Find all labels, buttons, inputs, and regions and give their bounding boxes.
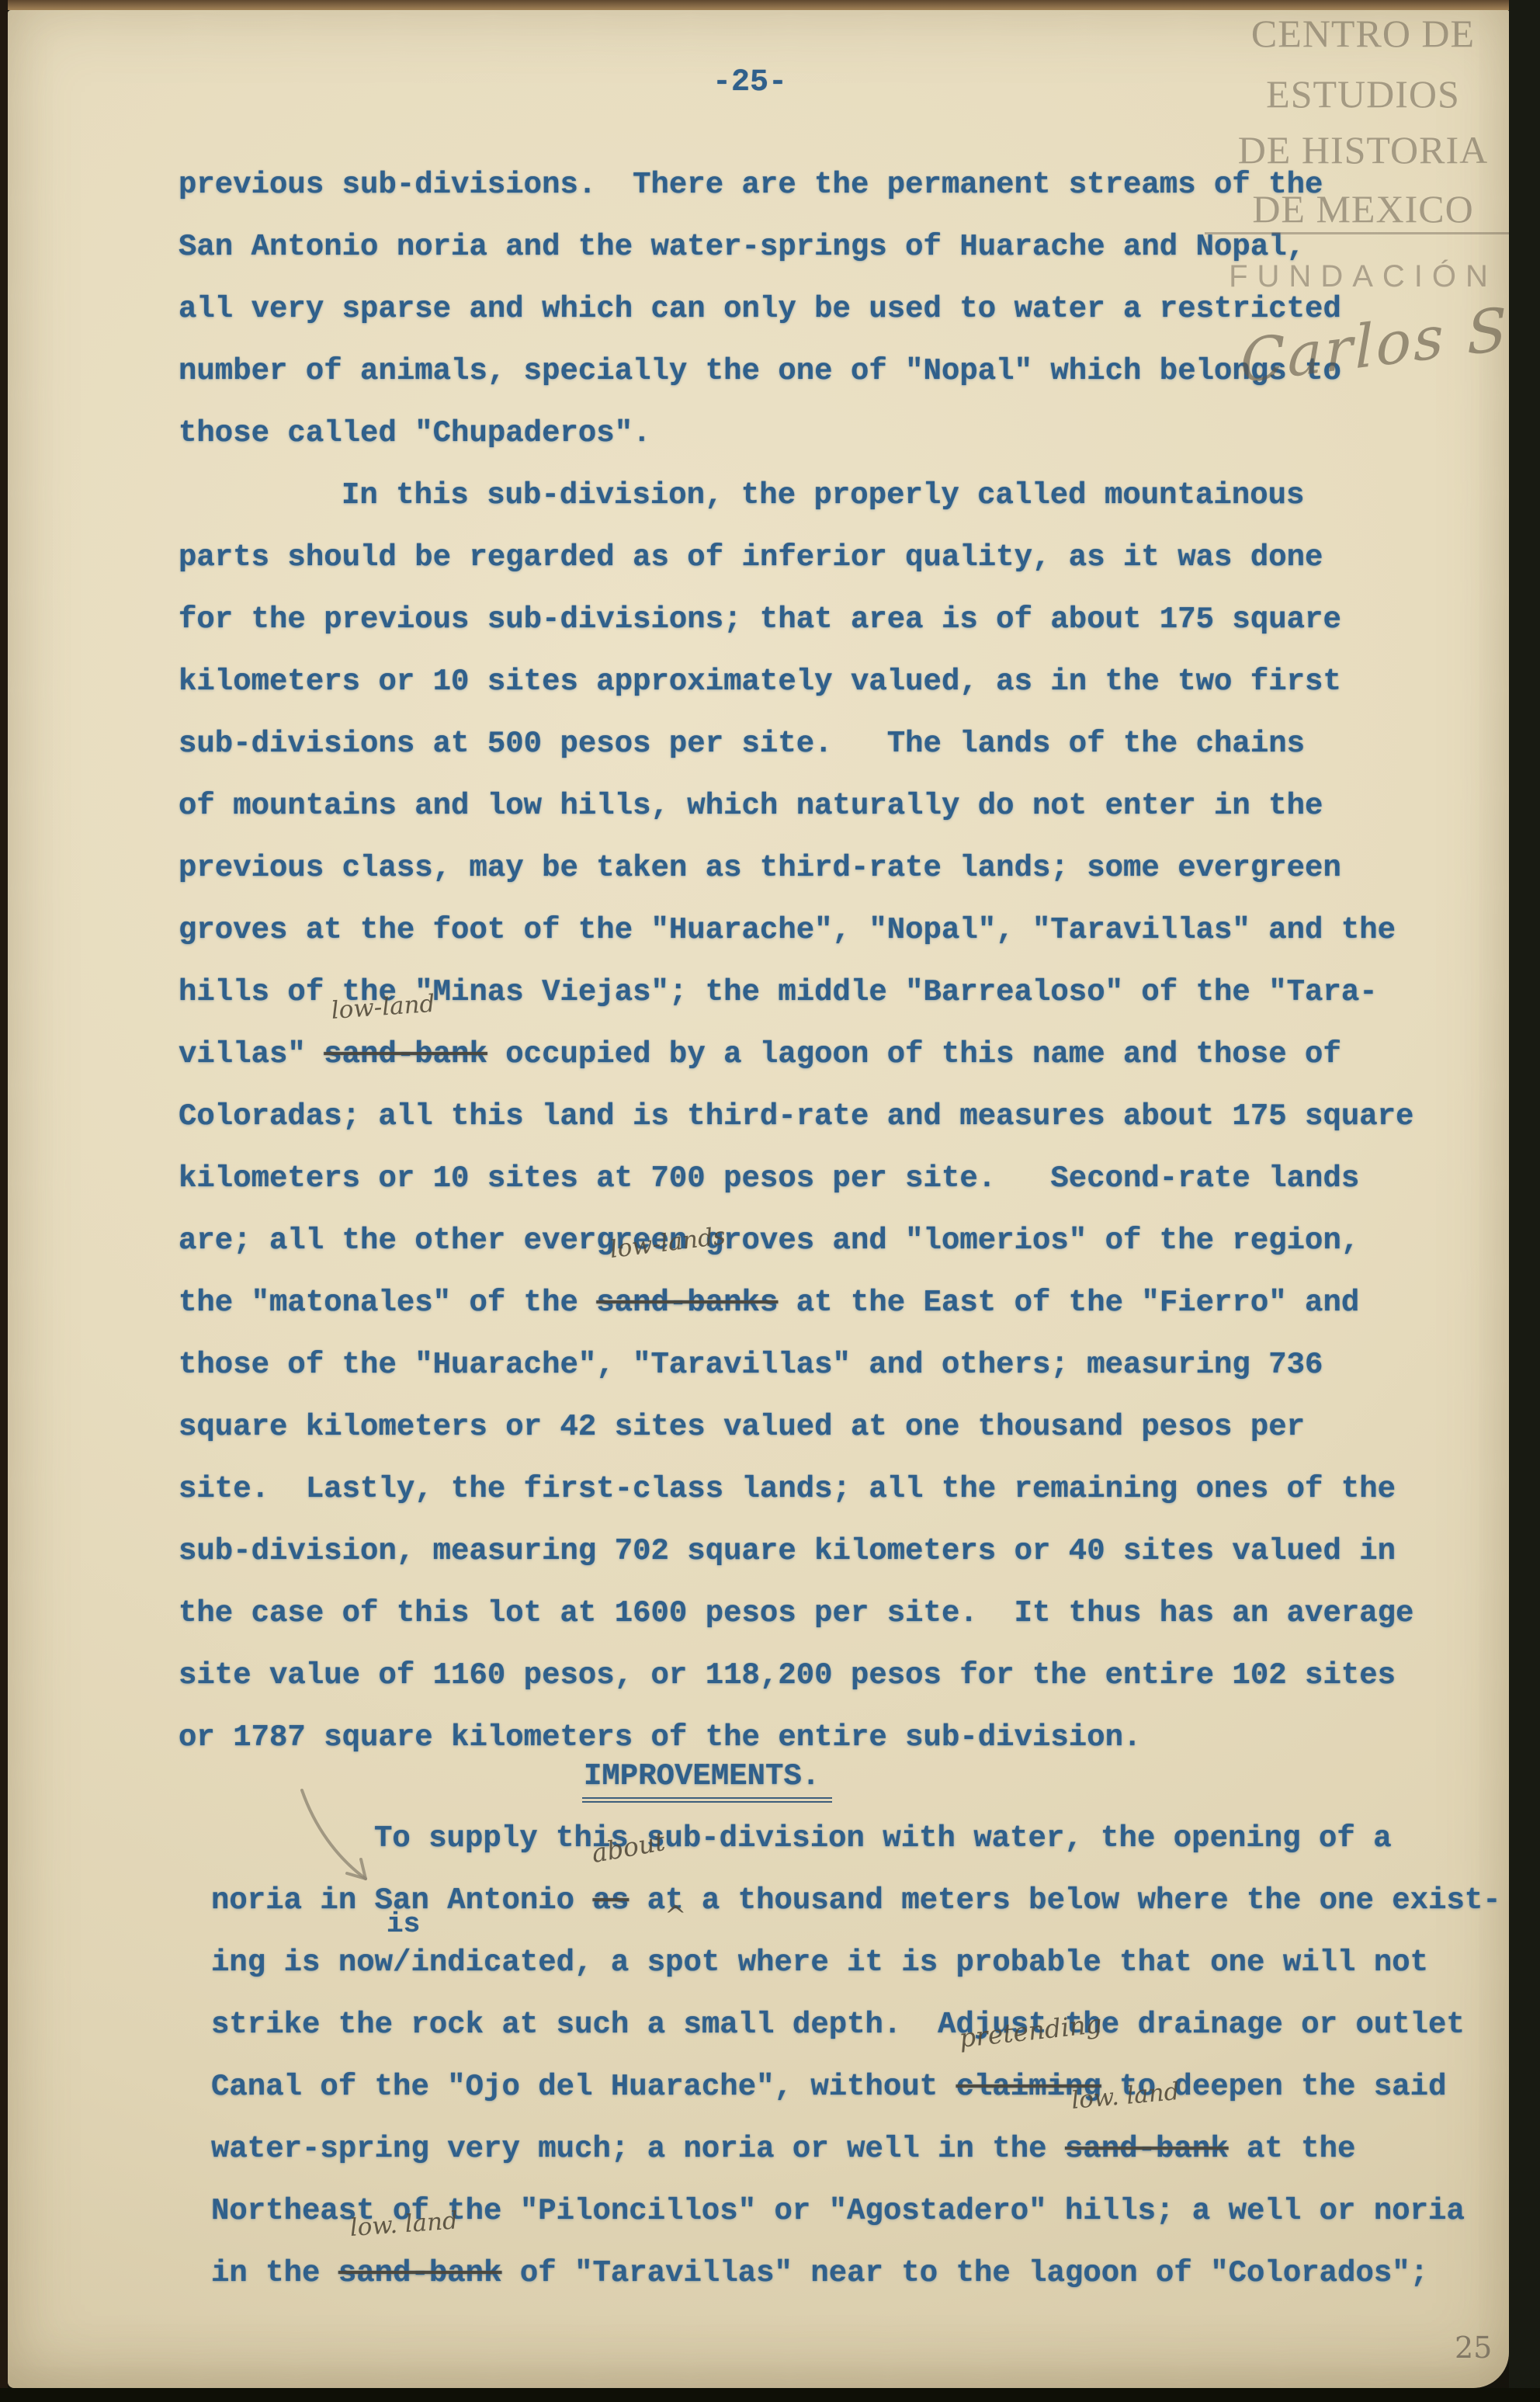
watermark-line: DE HISTORIA	[1211, 127, 1515, 172]
scan-edge-bottom	[0, 2388, 1540, 2402]
scan-edge-right	[1509, 0, 1540, 2402]
watermark-rule	[1205, 232, 1540, 234]
scan-edge-left	[0, 0, 8, 2402]
watermark-line-fundacion: FUNDACIÓN	[1211, 259, 1515, 294]
scan-edge-top	[8, 0, 1509, 10]
document-scan: -25- previous sub-divisions. There are t…	[0, 0, 1540, 2402]
watermark-line: ESTUDIOS	[1211, 71, 1515, 116]
watermark-line: DE MEXICO	[1211, 186, 1515, 231]
watermark: CENTRO DE ESTUDIOS DE HISTORIA DE MEXICO…	[0, 0, 1540, 2402]
watermark-signature: Carlos Slim	[1240, 282, 1540, 397]
watermark-line: CENTRO DE	[1211, 11, 1515, 56]
